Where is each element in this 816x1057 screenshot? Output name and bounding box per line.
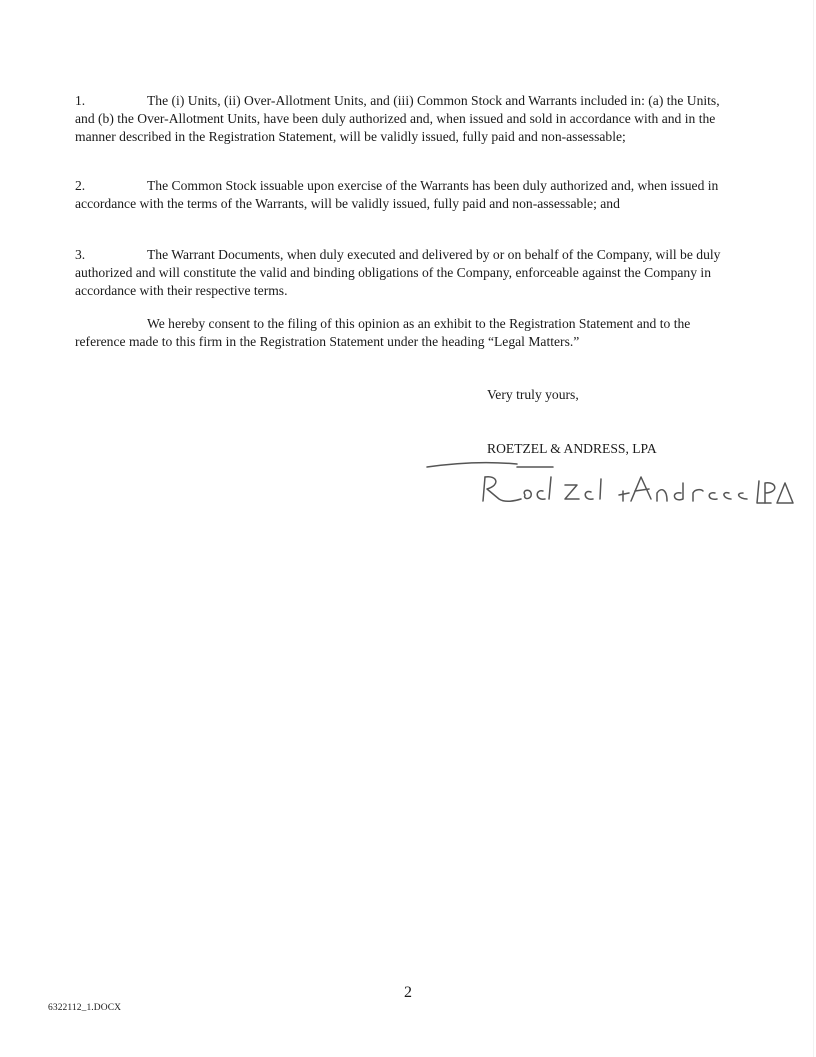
paragraph-text: The Warrant Documents, when duly execute… bbox=[75, 247, 720, 298]
page-number: 2 bbox=[0, 984, 816, 1002]
document-page: 1.The (i) Units, (ii) Over-Allotment Uni… bbox=[0, 0, 816, 1057]
paragraph-number: 3. bbox=[75, 246, 147, 264]
opinion-paragraph-2: 2.The Common Stock issuable upon exercis… bbox=[75, 177, 735, 213]
opinion-paragraph-1: 1.The (i) Units, (ii) Over-Allotment Uni… bbox=[75, 92, 735, 146]
handwritten-signature: Roetzel + Andress LPA bbox=[425, 455, 795, 515]
paragraph-number: 1. bbox=[75, 92, 147, 110]
paragraph-text: The (i) Units, (ii) Over-Allotment Units… bbox=[75, 93, 720, 144]
consent-paragraph: We hereby consent to the filing of this … bbox=[75, 315, 735, 351]
valediction: Very truly yours, bbox=[487, 386, 579, 404]
opinion-paragraph-3: 3.The Warrant Documents, when duly execu… bbox=[75, 246, 735, 300]
document-id: 6322112_1.DOCX bbox=[48, 1003, 121, 1013]
scan-edge bbox=[813, 0, 814, 1057]
consent-text: We hereby consent to the filing of this … bbox=[75, 316, 690, 349]
paragraph-text: The Common Stock issuable upon exercise … bbox=[75, 178, 718, 211]
paragraph-number: 2. bbox=[75, 177, 147, 195]
